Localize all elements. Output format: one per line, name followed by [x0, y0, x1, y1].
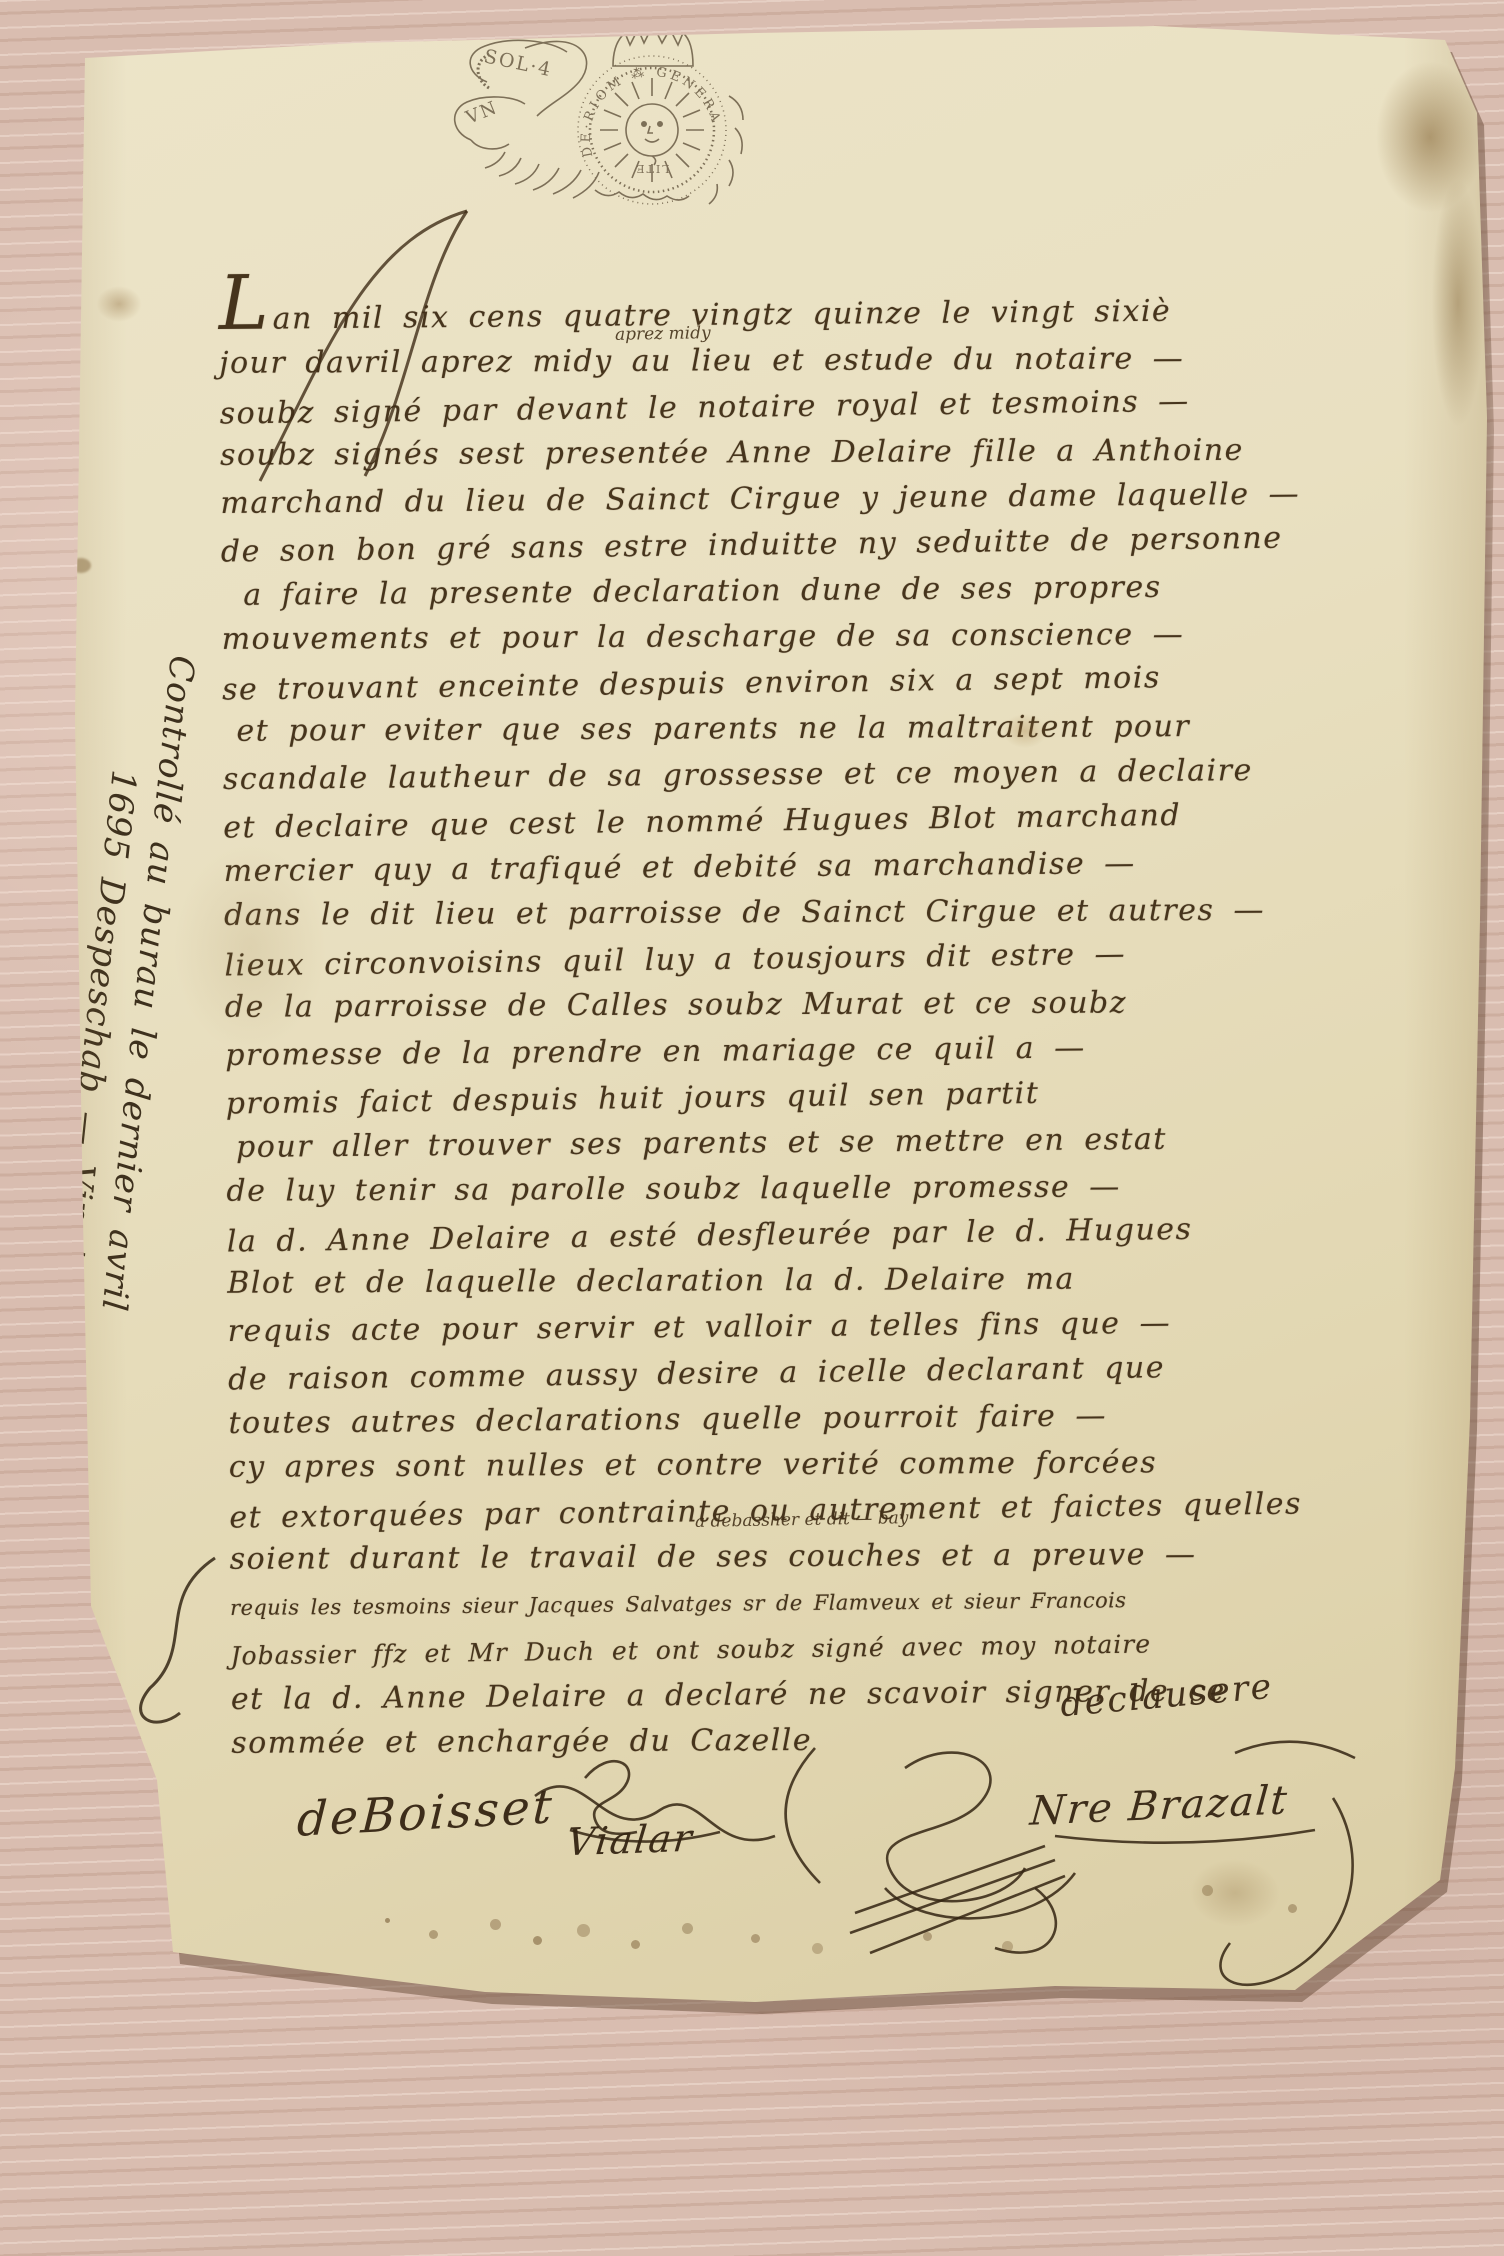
signature-deboisset: deBoisset [296, 1779, 556, 1848]
control-note: Controllé au burau le dernier avril 1695… [8, 648, 205, 1662]
stain [89, 280, 149, 328]
manuscript-line: Blot et de laquelle declaration la d. De… [227, 1255, 1377, 1307]
signature-vialar: Vialar [565, 1816, 696, 1865]
tax-stamp: SOL·4 VN DE·RIOM ⁂ GENERA LITE [427, 18, 757, 208]
stamp-banner-value: SOL·4 [482, 45, 554, 81]
interlinear-insertion: a debassher et dit — bay [695, 1508, 909, 1532]
manuscript-page: SOL·4 VN DE·RIOM ⁂ GENERA LITE Lan mil s… [55, 18, 1490, 2168]
manuscript-line: soubz signés sest presentée Anne Delaire… [220, 427, 1370, 479]
dog-ear-fold [73, 1588, 233, 1958]
stamp-sun-face [626, 104, 678, 156]
manuscript-text: Lan mil six cens quatre vingtz quinze le… [219, 271, 1382, 1769]
stamp-legend: DE·RIOM ⁂ GENERA [579, 65, 724, 159]
manuscript-line: soient durant le travail de ses couches … [230, 1531, 1380, 1583]
manuscript-line: sommée et enchargée du Cazelle [231, 1715, 1381, 1767]
stain [71, 558, 91, 573]
photo-background: SOL·4 VN DE·RIOM ⁂ GENERA LITE Lan mil s… [0, 0, 1504, 2256]
manuscript-line: et pour eviter que ses parents ne la mal… [236, 703, 1372, 755]
foxing-speckles [385, 1918, 390, 1923]
manuscript-line: de la parroisse de Calles soubz Murat et… [225, 979, 1375, 1031]
manuscript-line: Lan mil six cens quatre vingtz quinze le… [219, 271, 1369, 343]
signature-notary: Nre Brazalt [1028, 1777, 1290, 1834]
stamp-crown [613, 25, 693, 66]
interlinear-insertion: aprez midy [615, 323, 711, 345]
stain [1175, 1848, 1295, 1938]
svg-text:DE·RIOM ⁂ GENERA: DE·RIOM ⁂ GENERA [579, 65, 724, 159]
stamp-legend-bottom: LITE [634, 162, 669, 175]
